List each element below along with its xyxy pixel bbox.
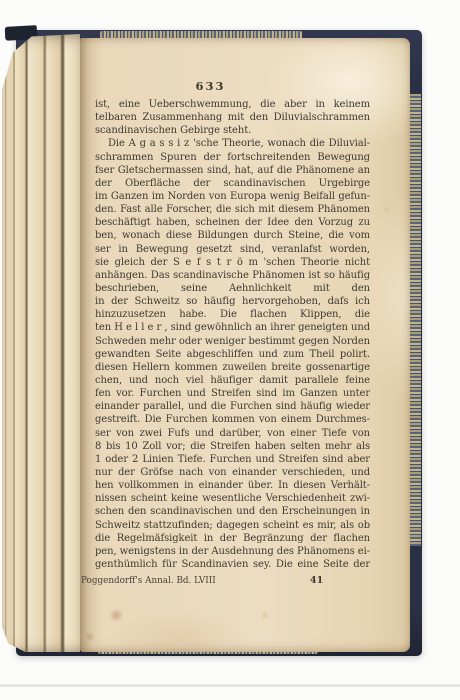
backdrop-seam [0, 684, 460, 687]
text-line: der Oberfläche der scandinavischen Urgeb… [95, 177, 370, 190]
text-line: sie gleich der S e f s t r ö m 'schen Th… [95, 256, 370, 269]
text-line: gestreift. Die Furchen kommen von einem … [95, 413, 370, 426]
text-line: genthümlich für Scandinavien sey. Die ei… [95, 558, 370, 571]
page-content: 633 ist, eine Ueberschwemmung, die aber … [95, 80, 370, 587]
text-line: diesen Hellern kommen zuweilen breite go… [95, 361, 370, 374]
page-number: 633 [73, 80, 348, 93]
text-line: fser Gletschermassen sind, hat, auf die … [95, 164, 370, 177]
text-line: ben, wonach diese Bildungen durch Steine… [95, 229, 370, 242]
text-line: nissen scheint keine wesentliche Verschi… [95, 492, 370, 505]
text-line: pen, wenigstens in der Ausdehnung des Ph… [95, 545, 370, 558]
text-line: telbaren Zusammenhang mit den Diluvialsc… [95, 111, 370, 124]
text-line: hen vollkommen in einander über. In dies… [95, 479, 370, 492]
text-line: ten H e l l e r , sind gewöhnlich an ihr… [95, 321, 370, 334]
sheet-number: 41 [310, 575, 323, 587]
text-line: hinzuzusetzen habe. Die flachen Klippen,… [95, 308, 370, 321]
text-line: 8 bis 10 Zoll vor; die Streifen haben se… [95, 440, 370, 453]
text-line: schen den scandinavischen und den Ersche… [95, 505, 370, 518]
text-line: einander parallel, und die Furchen sind … [95, 400, 370, 413]
text-line: Schweden mehr oder weniger bestimmt gege… [95, 335, 370, 348]
text-line: den. Fast alle Forscher, die sich mit di… [95, 203, 370, 216]
text-line: gewandten Seite abgeschliffen und zum Th… [95, 348, 370, 361]
text-line: die Regelmäfsigkeit in der Begränzung de… [95, 532, 370, 545]
text-line: Schweitz stattzufinden; dagegen scheint … [95, 519, 370, 532]
footer: Poggendorff's Annal. Bd. LVIII 41 [81, 575, 373, 587]
text-line: schrammen Spuren der fortschreitenden Be… [95, 151, 370, 164]
gutter-page-edges [2, 34, 80, 652]
text-line: ist, eine Ueberschwemmung, die aber in k… [95, 98, 370, 111]
text-line: chen, und noch viel häufiger damit paral… [95, 374, 370, 387]
text-line: fen vor. Furchen und Streifen sind im Ga… [95, 387, 370, 400]
book-page: 633 ist, eine Ueberschwemmung, die aber … [80, 38, 410, 652]
text-line: ser in Bewegung gesetzt sind, veranlafst… [95, 243, 370, 256]
text-line: in der Schweitz so häufig hervorgehoben,… [95, 295, 370, 308]
text-line: 1 oder 2 Linien Tiefe. Furchen und Strei… [95, 453, 370, 466]
text-line: nur der Gröfse nach von einander verschi… [95, 466, 370, 479]
text-block: ist, eine Ueberschwemmung, die aber in k… [95, 98, 370, 571]
text-line: anhängen. Das scandinavische Phänomen is… [95, 269, 370, 282]
text-line: beschrieben, seine Aehnlichkeit mit den … [95, 282, 370, 295]
text-line: beschäftigt haben, scheinen der Idee den… [95, 216, 370, 229]
text-line: Die A g a s s i z 'sche Theorie, wonach … [95, 137, 370, 150]
text-line: im Ganzen im Norden von Europa wenig Bei… [95, 190, 370, 203]
text-line: ser von zwei Fufs und darüber, von einer… [95, 427, 370, 440]
journal-signature: Poggendorff's Annal. Bd. LVIII [81, 576, 216, 586]
text-line: scandinavischen Gebirge steht. [95, 124, 370, 137]
